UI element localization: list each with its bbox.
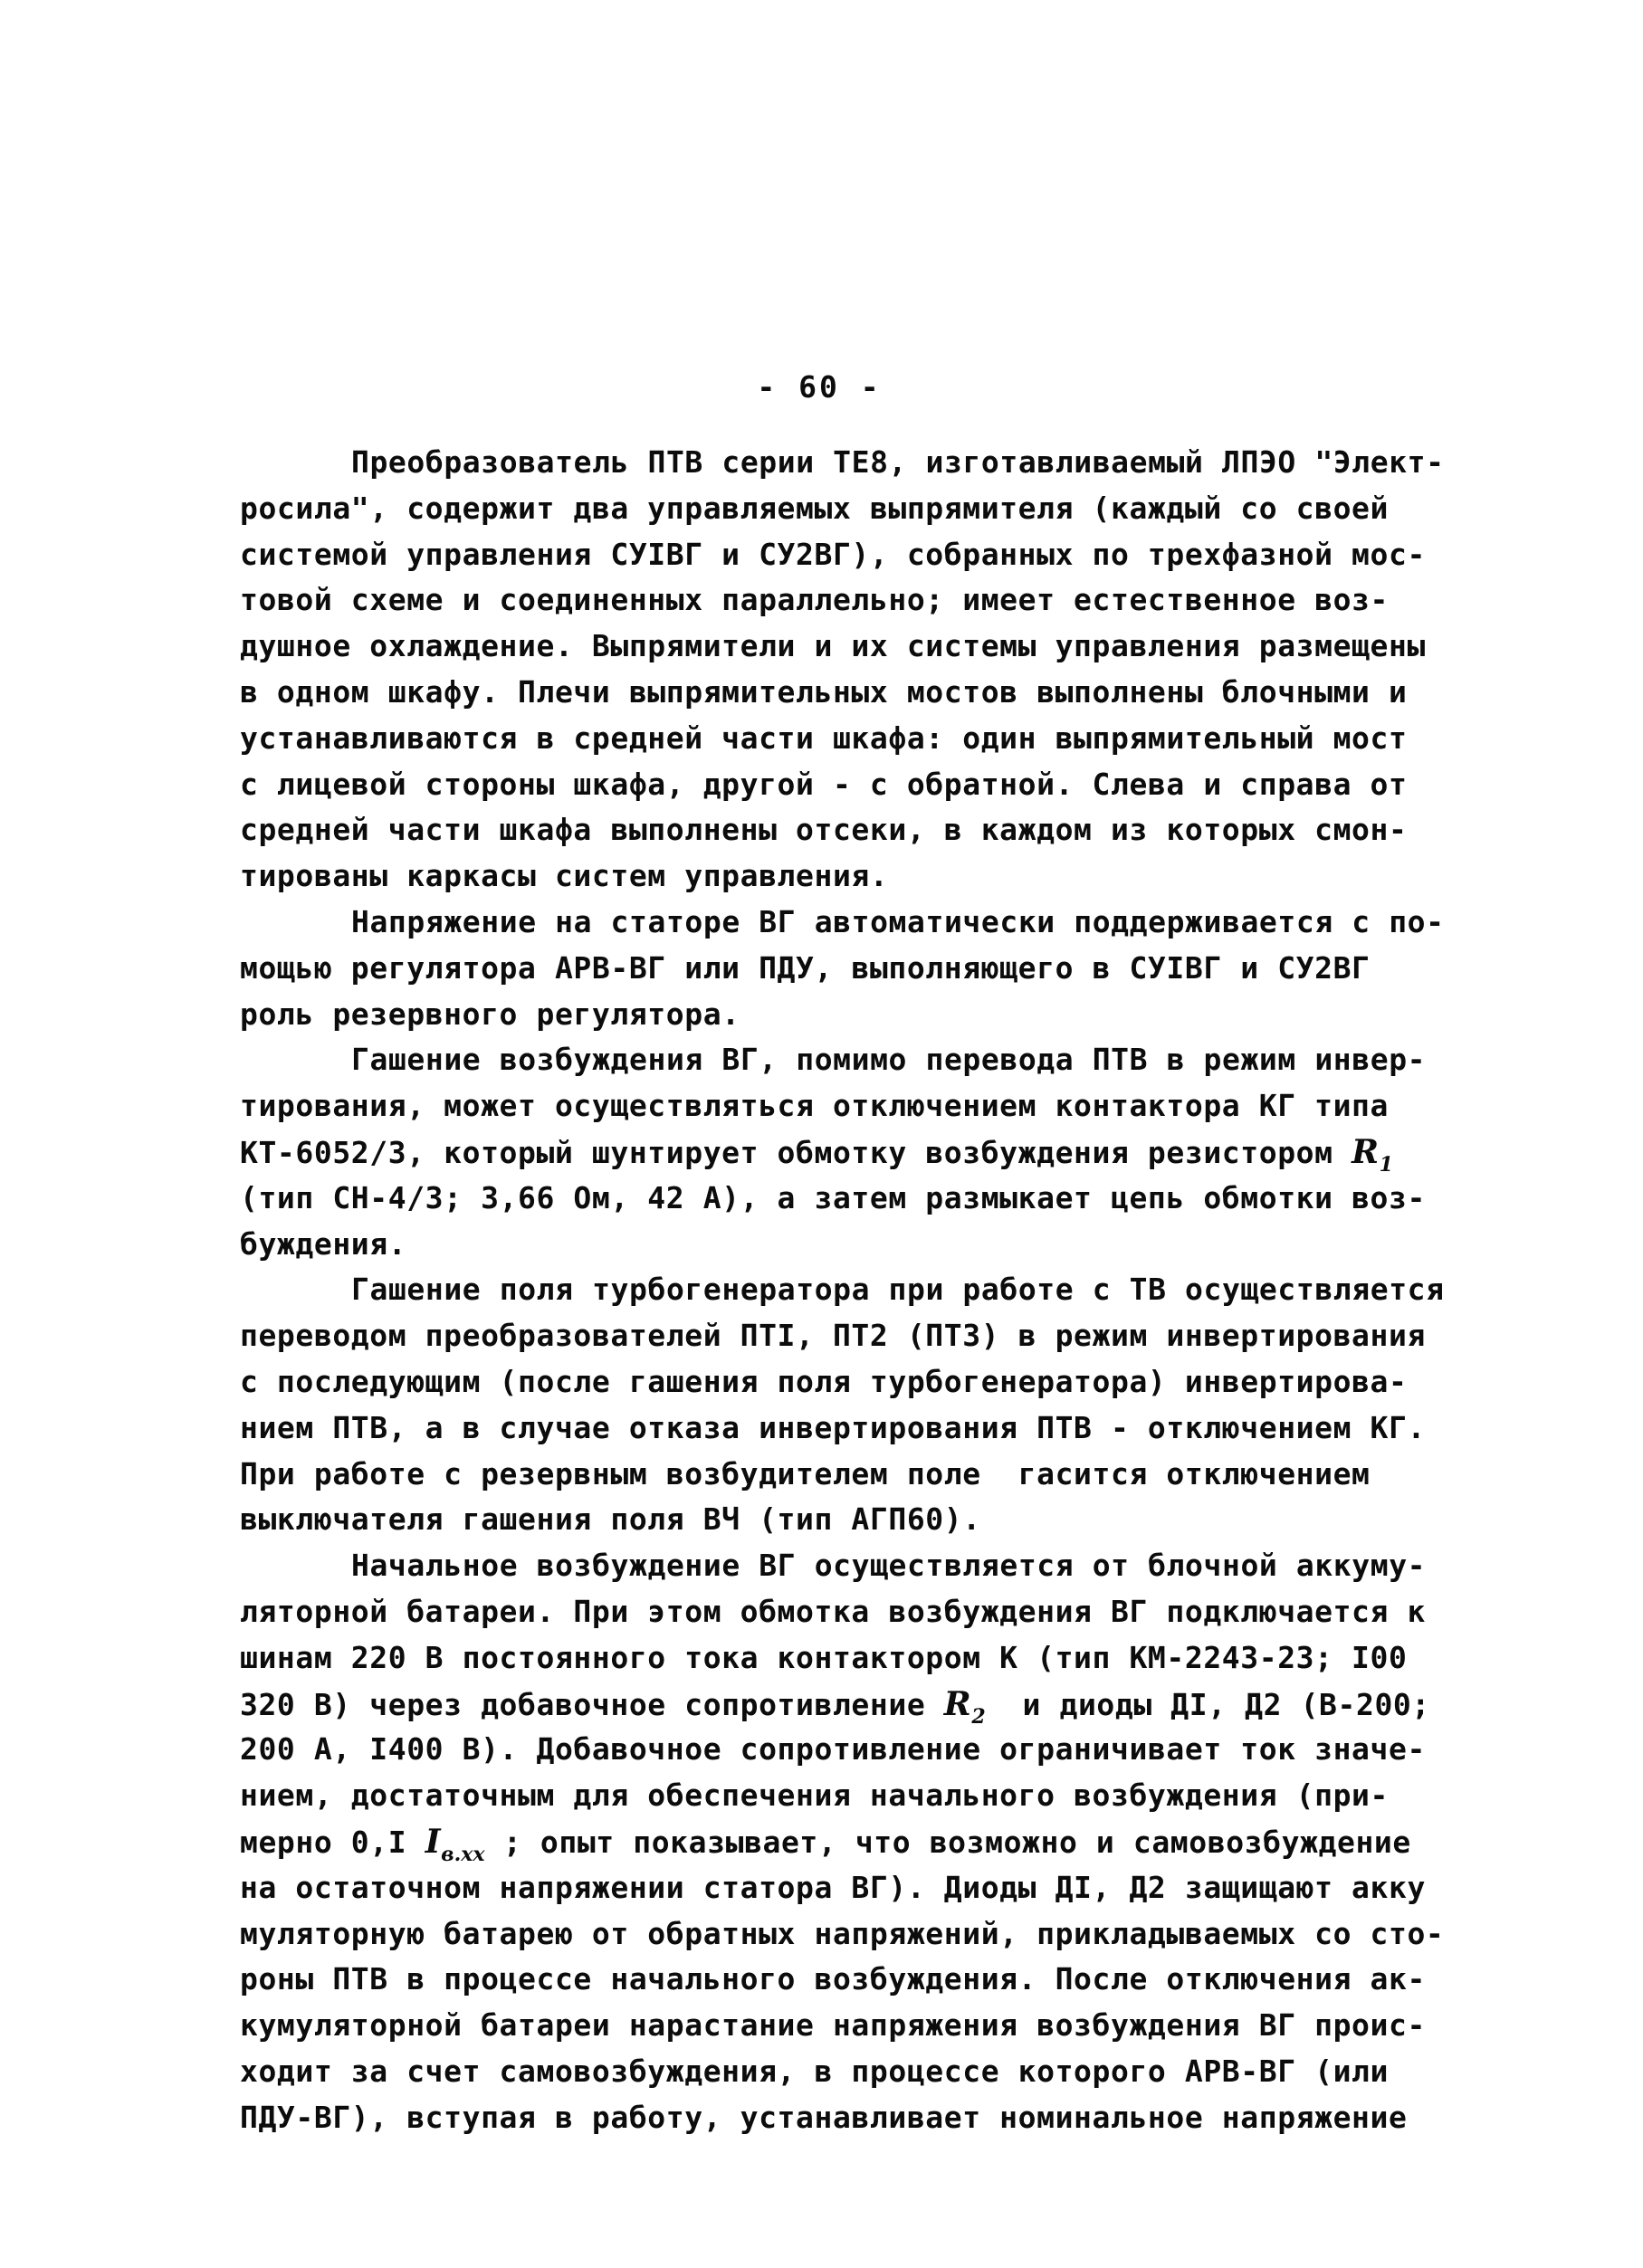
text-line: буждения. [240,1222,1471,1268]
formula-symbol: R [1352,1133,1380,1171]
document-page: - 60 - Преобразователь ПТВ серии ТЕ8, из… [0,0,1643,2268]
text-line: в одном шкафу. Плечи выпрямительных мост… [240,670,1471,716]
text-line: выключателя гашения поля ВЧ (тип АГП60). [240,1497,1471,1543]
text-line: тированы каркасы систем управления. [240,853,1471,900]
text-line: мощью регулятора АРВ-ВГ или ПДУ, выполня… [240,946,1471,992]
text-line: Преобразователь ПТВ серии ТЕ8, изготавли… [240,440,1471,486]
page-number: - 60 - [240,369,1399,405]
text-line: роны ПТВ в процессе начального возбужден… [240,1957,1471,2003]
text-line: с последующим (после гашения поля турбог… [240,1359,1471,1406]
formula-subscript: 1 [1380,1153,1393,1177]
formula-symbol: R [944,1685,972,1723]
text-line: с лицевой стороны шкафа, другой - с обра… [240,762,1471,808]
text-line: 320 В) через добавочное сопротивление R2… [240,1682,1471,1728]
paragraph: Гашение возбуждения ВГ, помимо перевода … [240,1037,1471,1267]
text-line: товой схеме и соединенных параллельно; и… [240,577,1471,624]
text-line: Начальное возбуждение ВГ осуществляется … [240,1543,1471,1589]
text-line: ходит за счет самовозбуждения, в процесс… [240,2049,1471,2095]
text-line: шинам 220 В постоянного тока контактором… [240,1635,1471,1682]
text-line: При работе с резервным возбудителем поле… [240,1452,1471,1498]
text-line: Гашение возбуждения ВГ, помимо перевода … [240,1037,1471,1083]
text-line: нием ПТВ, а в случае отказа инвертирован… [240,1406,1471,1452]
text-line: тирования, может осуществляться отключен… [240,1083,1471,1129]
text-line: кумуляторной батареи нарастание напряжен… [240,2003,1471,2049]
text-line: Напряжение на статоре ВГ автоматически п… [240,900,1471,946]
text-line: КТ-6052/3, который шунтирует обмотку воз… [240,1129,1471,1176]
text-line: (тип СН-4/3; 3,66 Ом, 42 А), а затем раз… [240,1176,1471,1222]
formula-subscript: 2 [971,1705,985,1729]
text-line: 200 А, I400 В). Добавочное сопротивление… [240,1727,1471,1773]
paragraph: Начальное возбуждение ВГ осуществляется … [240,1543,1471,2140]
paragraph: Преобразователь ПТВ серии ТЕ8, изготавли… [240,440,1471,900]
text-line: муляторную батарею от обратных напряжени… [240,1911,1471,1958]
text-line: ПДУ-ВГ), вступая в работу, устанавливает… [240,2095,1471,2141]
paragraph: Гашение поля турбогенератора при работе … [240,1267,1471,1543]
formula-subscript: в.хх [441,1843,484,1866]
text-line: устанавливаются в средней части шкафа: о… [240,716,1471,762]
text-line: росила", содержит два управляемых выпрям… [240,486,1471,532]
text-line: роль резервного регулятора. [240,992,1471,1038]
text-line: на остаточном напряжении статора ВГ). Ди… [240,1865,1471,1911]
text-line: переводом преобразователей ПТI, ПТ2 (ПТ3… [240,1313,1471,1359]
formula-symbol: I [425,1823,441,1861]
text-line: мерно 0,I Iв.хх ; опыт показывает, что в… [240,1819,1471,1865]
text-line: нием, достаточным для обеспечения началь… [240,1773,1471,1819]
document-body: Преобразователь ПТВ серии ТЕ8, изготавли… [240,440,1471,2140]
text-line: ляторной батареи. При этом обмотка возбу… [240,1589,1471,1635]
paragraph: Напряжение на статоре ВГ автоматически п… [240,900,1471,1037]
text-line: системой управления СУIВГ и СУ2ВГ), собр… [240,532,1471,578]
text-line: Гашение поля турбогенератора при работе … [240,1267,1471,1313]
text-line: средней части шкафа выполнены отсеки, в … [240,807,1471,853]
text-line: душное охлаждение. Выпрямители и их сист… [240,624,1471,670]
